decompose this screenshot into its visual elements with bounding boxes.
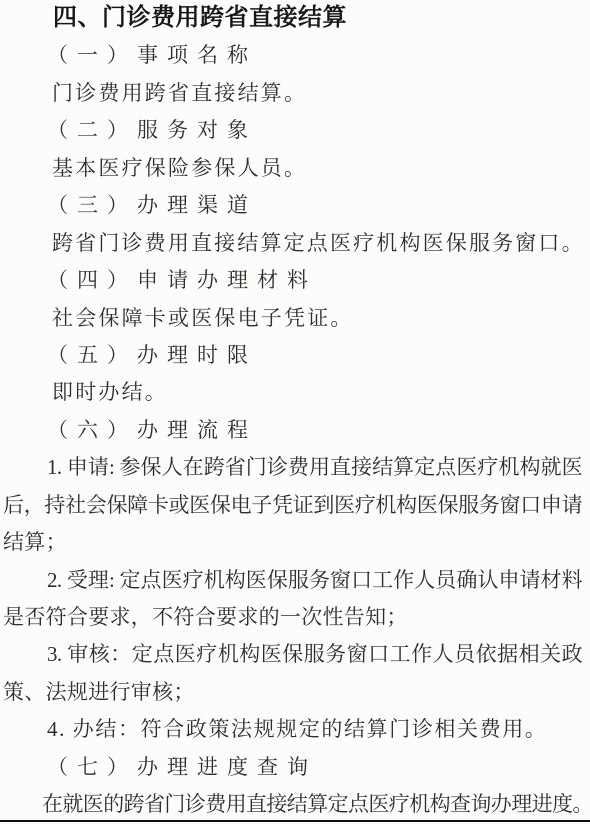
section-heading: （七）办理进度查询 — [0, 749, 590, 786]
paragraph-line: 门诊费用跨省直接结算。 — [0, 75, 590, 112]
paragraph-line: 1. 申请: 参保人在跨省门诊费用直接结算定点医疗机构就医 — [0, 449, 590, 486]
paragraph-line: 2. 受理: 定点医疗机构医保服务窗口工作人员确认申请材料 — [0, 562, 590, 599]
paragraph-line: 3. 审核：定点医疗机构医保服务窗口工作人员依据相关政 — [0, 636, 590, 673]
document-page: 四、门诊费用跨省直接结算（一）事项名称门诊费用跨省直接结算。（二）服务对象基本医… — [0, 0, 590, 824]
section-heading: （四）申请办理材料 — [0, 262, 590, 299]
paragraph-line: 社会保障卡或医保电子凭证。 — [0, 300, 590, 337]
section-heading: （一）事项名称 — [0, 37, 590, 74]
paragraph-line: 策、法规进行审核； — [0, 674, 590, 711]
paragraph-line: 在就医的跨省门诊费用直接结算定点医疗机构查询办理进度。 — [0, 786, 590, 823]
document-body: 四、门诊费用跨省直接结算（一）事项名称门诊费用跨省直接结算。（二）服务对象基本医… — [0, 0, 590, 824]
document-title: 四、门诊费用跨省直接结算 — [0, 0, 590, 37]
section-heading: （二）服务对象 — [0, 112, 590, 149]
section-heading: （五）办理时限 — [0, 337, 590, 374]
paragraph-line: 是否符合要求，不符合要求的一次性告知； — [0, 599, 590, 636]
section-heading: （六）办理流程 — [0, 412, 590, 449]
paragraph-line: 4. 办结：符合政策法规规定的结算门诊相关费用。 — [0, 711, 590, 748]
page-bottom-rule — [0, 820, 590, 822]
paragraph-line: 跨省门诊费用直接结算定点医疗机构医保服务窗口。 — [0, 225, 590, 262]
paragraph-line: 即时办结。 — [0, 374, 590, 411]
section-heading: （三）办理渠道 — [0, 187, 590, 224]
paragraph-line: 结算； — [0, 524, 590, 561]
paragraph-line: 基本医疗保险参保人员。 — [0, 150, 590, 187]
paragraph-line: 后，持社会保障卡或医保电子凭证到医疗机构医保服务窗口申请 — [0, 487, 590, 524]
